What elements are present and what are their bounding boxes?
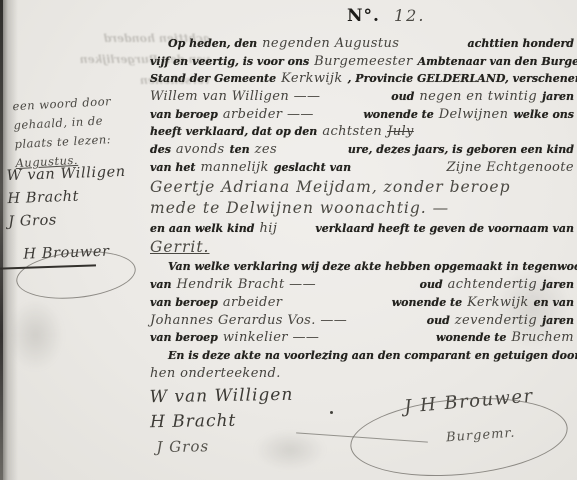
document-line: En is deze akte na voorlezing aan den co… xyxy=(150,348,574,366)
handwritten-text-segment: Kerkwijk xyxy=(467,295,529,310)
document-line: Geertje Adriana Meijdam, zonder beroep xyxy=(150,178,574,200)
document-line: van hetmannelijkgeslacht vanZijne Echtge… xyxy=(150,160,574,178)
witness-signatures: W van WilligenH BrachtJ Gros xyxy=(149,383,294,460)
page-number-value: 12. xyxy=(394,6,425,25)
printed-text-segment: en van xyxy=(534,296,574,309)
document-line: vanHendrik Bracht ——oudachtendertigjaren xyxy=(150,277,574,295)
printed-text-segment: En is deze akte na voorlezing aan den co… xyxy=(168,349,577,362)
printed-text-segment: jaren xyxy=(542,90,574,103)
document-line: desavondstenzesure, dezes jaars, is gebo… xyxy=(150,142,574,160)
printed-text-segment: verklaard heeft te geven de voornaam van xyxy=(315,222,574,235)
handwritten-text-segment: negenden Augustus xyxy=(262,36,462,51)
handwritten-text-segment: Bruchem xyxy=(511,330,574,345)
handwritten-text-segment: Zijne Echtgenoote xyxy=(446,160,574,175)
signature-text: W van Willigen xyxy=(149,383,293,411)
printed-text-segment: van beroep xyxy=(150,296,218,309)
printed-text-segment: oud xyxy=(391,90,414,103)
document-line: van beroeparbeider ——wonende teDelwijnen… xyxy=(150,107,574,125)
document-line: en aan welk kindhijverklaard heeft te ge… xyxy=(150,221,574,239)
signature-text: W van Willigen xyxy=(6,161,126,188)
document-line: Stand der GemeenteKerkwijk, Provincie GE… xyxy=(150,71,574,89)
handwritten-text-segment: avonds xyxy=(176,142,225,157)
document-body: Op heden, dennegenden Augustusachttien h… xyxy=(150,36,574,384)
handwritten-text-segment: hen onderteekend. xyxy=(150,366,281,381)
printed-text-segment: heeft verklaard, dat op den xyxy=(150,125,317,138)
handwritten-text-segment: Geertje Adriana Meijdam, zonder beroep xyxy=(150,178,511,196)
handwritten-text-segment: hij xyxy=(260,221,311,236)
page-number-label: N°. xyxy=(347,6,380,26)
document-line: Van welke verklaring wij deze akte hebbe… xyxy=(150,260,574,278)
printed-text-segment: van beroep xyxy=(150,331,218,344)
margin-signatures: W van WilligenH BrachtJ GrosH Brouwer xyxy=(6,161,129,267)
document-line: Gerrit. xyxy=(150,238,574,260)
document-line: Op heden, dennegenden Augustusachttien h… xyxy=(150,36,574,54)
signature-text: J Gros xyxy=(156,433,294,460)
document-page: achttien honderdvan den Burgerlijkenvers… xyxy=(0,0,577,480)
printed-text-segment: wonende te xyxy=(363,108,433,121)
signature-text: H Bracht xyxy=(150,408,294,436)
printed-text-segment: Stand der Gemeente xyxy=(150,72,276,85)
printed-text-segment: oud xyxy=(427,314,450,327)
document-line: van beroeparbeiderwonende teKerkwijken v… xyxy=(150,295,574,313)
handwritten-text-segment: achtendertig xyxy=(448,277,537,292)
handwritten-text-segment: Hendrik Bracht —— xyxy=(177,277,415,292)
document-line: Willem van Willigen ——oudnegen en twinti… xyxy=(150,89,574,107)
printed-text-segment: , Provincie GELDERLAND, verschenen xyxy=(348,72,577,85)
handwritten-text-segment: negen en twintig xyxy=(419,89,537,104)
handwritten-text-segment: Burgemeester xyxy=(314,54,412,69)
printed-text-segment: van beroep xyxy=(150,108,218,121)
ink-dot xyxy=(330,411,333,414)
printed-text-segment: van het xyxy=(150,161,195,174)
handwritten-text-segment: winkelier —— xyxy=(223,330,431,345)
printed-text-segment: welke ons xyxy=(513,108,574,121)
handwritten-text-segment: mannelijk xyxy=(200,160,268,175)
printed-text-segment: geslacht van xyxy=(274,161,442,174)
printed-text-segment: van xyxy=(150,278,172,291)
ink-smudge xyxy=(8,300,63,370)
printed-text-segment: oud xyxy=(420,278,443,291)
document-line: Johannes Gerardus Vos. ——oudzevendertigj… xyxy=(150,313,574,331)
document-line: van beroepwinkelier ——wonende teBruchem xyxy=(150,330,574,348)
page-number: N°.12. xyxy=(347,6,425,26)
printed-text-segment: wonende te xyxy=(436,331,506,344)
handwritten-text-segment: July xyxy=(387,124,414,139)
printed-text-segment: ten xyxy=(230,143,250,156)
printed-text-segment: achttien honderd xyxy=(468,37,575,50)
document-line: heeft verklaard, dat op denachtstenJuly xyxy=(150,124,574,142)
document-line: vijf en veertig, is voor onsBurgemeester… xyxy=(150,54,574,72)
handwritten-text-segment: zes xyxy=(255,142,343,157)
printed-text-segment: wonende te xyxy=(392,296,462,309)
document-line: mede te Delwijnen woonachtig. — xyxy=(150,199,574,221)
printed-text-segment: des xyxy=(150,143,171,156)
printed-text-segment: Op heden, den xyxy=(168,37,257,50)
handwritten-text-segment: zevendertig xyxy=(455,313,537,328)
handwritten-text-segment: Johannes Gerardus Vos. —— xyxy=(150,313,422,328)
handwritten-text-segment: Gerrit. xyxy=(150,238,210,256)
printed-text-segment: Van welke verklaring wij deze akte hebbe… xyxy=(168,260,577,273)
printed-text-segment: jaren xyxy=(542,314,574,327)
handwritten-text-segment: achtsten xyxy=(322,124,382,139)
printed-text-segment: Ambtenaar van den Burgerlijken xyxy=(418,55,577,68)
printed-text-segment: ure, dezes jaars, is geboren een kind xyxy=(348,143,574,156)
document-line: hen onderteekend. xyxy=(150,366,574,384)
signature-text: J Gros xyxy=(8,207,128,234)
handwritten-text-segment: Delwijnen xyxy=(439,107,509,122)
handwritten-text-segment: Kerkwijk xyxy=(281,71,343,86)
printed-text-segment: jaren xyxy=(542,278,574,291)
printed-text-segment: vijf en veertig, is voor ons xyxy=(150,55,309,68)
handwritten-text-segment: arbeider —— xyxy=(223,107,358,122)
handwritten-text-segment: mede te Delwijnen woonachtig. — xyxy=(150,199,449,217)
handwritten-text-segment: Willem van Willigen —— xyxy=(150,89,386,104)
printed-text-segment: en aan welk kind xyxy=(150,222,255,235)
handwritten-text-segment: arbeider xyxy=(223,295,387,310)
